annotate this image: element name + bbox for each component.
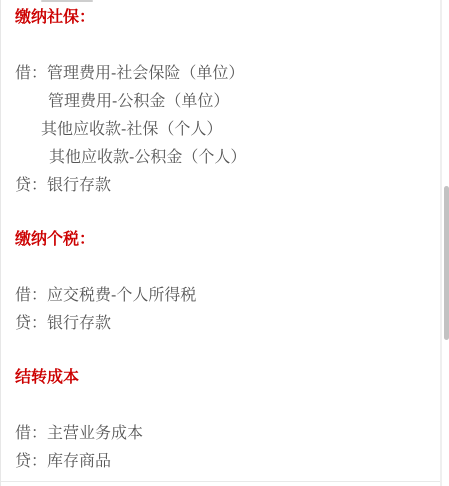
article-page: 缴纳社保：借：管理费用-社会保险（单位）管理费用-公积金（单位）其他应收款-社保… [0,0,449,486]
entry-line: 借：应交税费-个人所得税 [15,282,425,310]
section-heading: 缴纳个税： [15,226,425,254]
entry-line: 借：主营业务成本 [15,420,425,448]
entry-line: 其他应收款-社保（个人） [15,116,425,144]
entry-line: 借：管理费用-社会保险（单位） [15,60,425,88]
entry-line: 其他应收款-公积金（个人） [15,144,425,172]
bottom-divider [1,481,441,482]
section-heading: 结转成本 [15,364,425,392]
journal-entries-content: 缴纳社保：借：管理费用-社会保险（单位）管理费用-公积金（单位）其他应收款-社保… [1,0,449,476]
section-heading: 缴纳社保： [15,4,425,32]
entry-line: 贷：银行存款 [15,172,425,200]
scrollbar-thumb[interactable] [444,186,449,340]
entry-line: 贷：银行存款 [15,310,425,338]
entry-line: 管理费用-公积金（单位） [15,88,425,116]
entry-line: 贷：库存商品 [15,448,425,476]
scrollbar-track[interactable] [440,0,442,486]
